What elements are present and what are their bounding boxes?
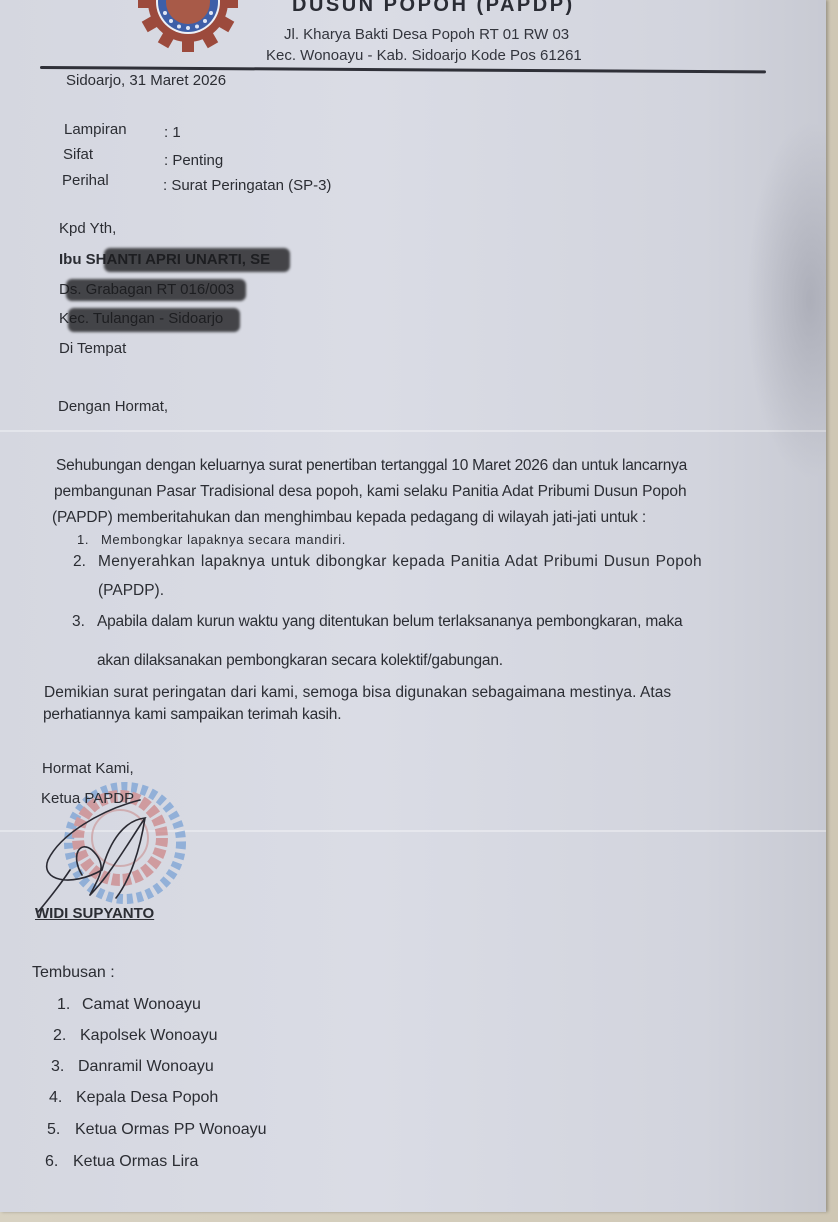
item-text: (PAPDP). <box>98 582 164 600</box>
letter-paper: DUSUN POPOH (PAPDP) Jl. Kharya Bakti Des… <box>0 0 826 1212</box>
cc-number: 4. <box>49 1089 62 1107</box>
greeting: Dengan Hormat, <box>58 398 168 415</box>
body-line: Sehubungan dengan keluarnya surat penert… <box>56 457 687 475</box>
recipient-place: Di Tempat <box>59 340 126 357</box>
body-line: (PAPDP) memberitahukan dan menghimbau ke… <box>52 509 646 527</box>
cc-label: Tembusan : <box>32 964 115 982</box>
handwritten-signature-icon <box>30 780 170 915</box>
cc-number: 3. <box>51 1058 64 1076</box>
cc-number: 2. <box>53 1027 66 1045</box>
cc-item: Danramil Wonoayu <box>78 1058 214 1076</box>
meta-label-perihal: Perihal <box>62 172 109 189</box>
cc-number: 1. <box>57 996 70 1014</box>
item-number: 3. <box>72 613 85 631</box>
cc-item: Kapolsek Wonoayu <box>80 1027 218 1045</box>
meta-label-lampiran: Lampiran <box>64 121 127 138</box>
recipient-salutation: Kpd Yth, <box>59 220 116 237</box>
cc-item: Ketua Ormas PP Wonoayu <box>75 1121 267 1139</box>
meta-value-sifat: : Penting <box>164 152 223 169</box>
redaction-bar <box>66 279 246 301</box>
cc-item: Ketua Ormas Lira <box>73 1153 198 1171</box>
closing-line: Demikian surat peringatan dari kami, sem… <box>44 684 671 702</box>
fold-crease <box>0 430 826 432</box>
closing-line: perhatiannya kami sampaikan terimah kasi… <box>43 706 341 724</box>
address-line-1: Jl. Kharya Bakti Desa Popoh RT 01 RW 03 <box>284 26 569 43</box>
signature-closing: Hormat Kami, <box>42 760 134 777</box>
organization-name: DUSUN POPOH (PAPDP) <box>292 0 575 17</box>
meta-value-lampiran: : 1 <box>164 124 181 141</box>
gear-emblem-logo-icon <box>138 0 238 54</box>
meta-label-sifat: Sifat <box>63 146 93 163</box>
item-number: 2. <box>73 553 86 571</box>
redaction-bar <box>68 308 240 332</box>
signatory-name: WIDI SUPYANTO <box>35 905 154 922</box>
cc-item: Kepala Desa Popoh <box>76 1089 218 1107</box>
date-line: Sidoarjo, 31 Maret 2026 <box>66 72 226 89</box>
cc-number: 5. <box>47 1121 60 1139</box>
paper-shadow <box>746 120 826 480</box>
item-text: Menyerahkan lapaknya untuk dibongkar kep… <box>98 553 702 571</box>
item-text: akan dilaksanakan pembongkaran secara ko… <box>97 652 503 670</box>
meta-value-perihal: : Surat Peringatan (SP-3) <box>163 177 331 194</box>
item-number: 1. <box>77 532 89 547</box>
cc-number: 6. <box>45 1153 58 1171</box>
cc-item: Camat Wonoayu <box>82 996 201 1014</box>
item-text: Membongkar lapaknya secara mandiri. <box>101 532 346 547</box>
redaction-bar <box>104 248 290 272</box>
body-line: pembangunan Pasar Tradisional desa popoh… <box>54 483 686 501</box>
address-line-2: Kec. Wonoayu - Kab. Sidoarjo Kode Pos 61… <box>266 47 582 64</box>
item-text: Apabila dalam kurun waktu yang ditentuka… <box>97 613 682 631</box>
